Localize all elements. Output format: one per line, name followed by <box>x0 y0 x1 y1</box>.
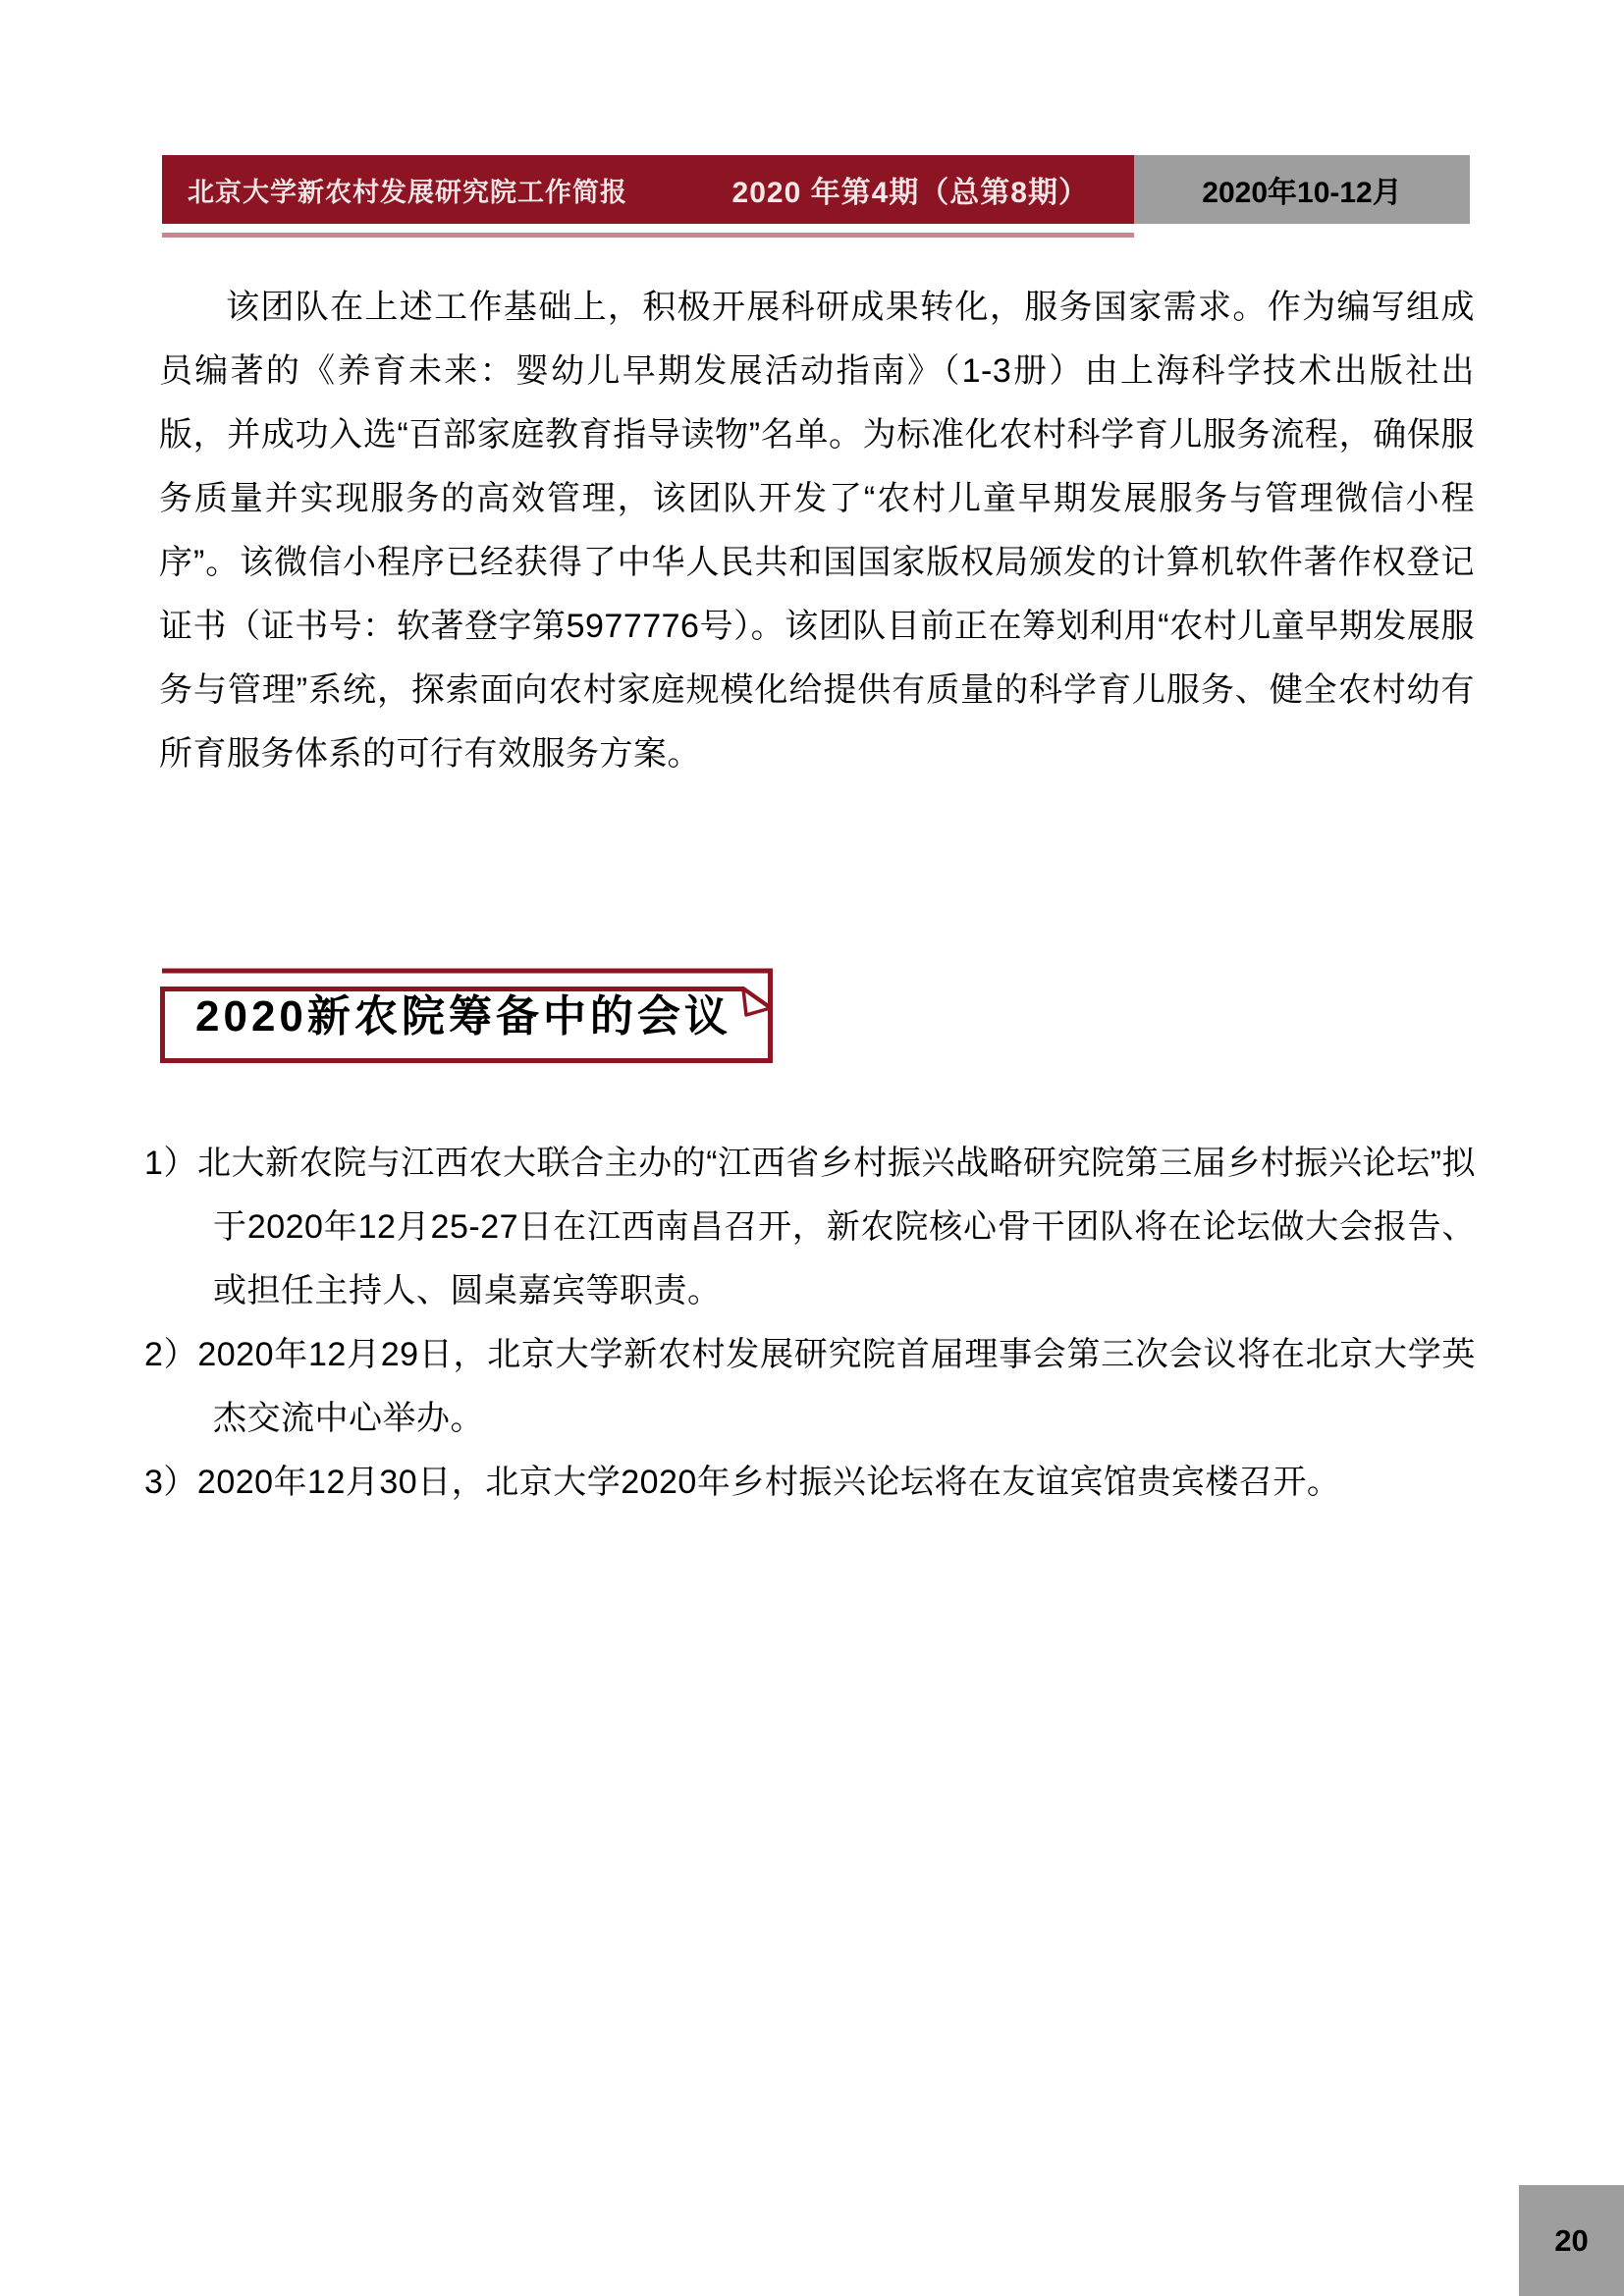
meeting-item-marker: 1） <box>144 1145 197 1182</box>
meeting-item-text: 2020年12月30日，北京大学2020年乡村振兴论坛将在友谊宾馆贵宾楼召开。 <box>197 1464 1340 1501</box>
bulletin-title: 北京大学新农村发展研究院工作简报 <box>188 171 627 209</box>
meeting-item-marker: 3） <box>144 1464 197 1501</box>
bulletin-issue: 2020 年第4期（总第8期） <box>732 168 1089 211</box>
document-page: 北京大学新农村发展研究院工作简报 2020 年第4期（总第8期） 2020年10… <box>0 0 1624 2296</box>
meeting-item-marker: 2） <box>144 1336 197 1373</box>
page-number-box: 20 <box>1519 2185 1624 2296</box>
meeting-item: 2）2020年12月29日，北京大学新农村发展研究院首届理事会第三次会议将在北京… <box>144 1323 1476 1451</box>
section-heading-box: 2020新农院筹备中的会议 <box>160 968 773 1063</box>
header-bar: 北京大学新农村发展研究院工作简报 2020 年第4期（总第8期） 2020年10… <box>162 155 1470 224</box>
header-red-segment: 北京大学新农村发展研究院工作简报 2020 年第4期（总第8期） <box>162 155 1134 224</box>
page-number: 20 <box>1554 2223 1588 2259</box>
meeting-item: 1）北大新农院与江西农大联合主办的“江西省乡村振兴战略研究院第三届乡村振兴论坛”… <box>144 1132 1476 1323</box>
header-underline <box>162 233 1134 238</box>
body-paragraph: 该团队在上述工作基础上，积极开展科研成果转化，服务国家需求。作为编写组成员编著的… <box>159 276 1475 786</box>
header-period-box: 2020年10-12月 <box>1134 155 1470 224</box>
meetings-list: 1）北大新农院与江西农大联合主办的“江西省乡村振兴战略研究院第三届乡村振兴论坛”… <box>144 1132 1476 1515</box>
meeting-item: 3）2020年12月30日，北京大学2020年乡村振兴论坛将在友谊宾馆贵宾楼召开… <box>144 1451 1476 1515</box>
bulletin-period: 2020年10-12月 <box>1202 168 1401 211</box>
meeting-item-text: 北大新农院与江西农大联合主办的“江西省乡村振兴战略研究院第三届乡村振兴论坛”拟于… <box>197 1145 1476 1309</box>
meeting-item-text: 2020年12月29日，北京大学新农村发展研究院首届理事会第三次会议将在北京大学… <box>197 1336 1476 1437</box>
section-title: 2020新农院筹备中的会议 <box>195 995 731 1039</box>
